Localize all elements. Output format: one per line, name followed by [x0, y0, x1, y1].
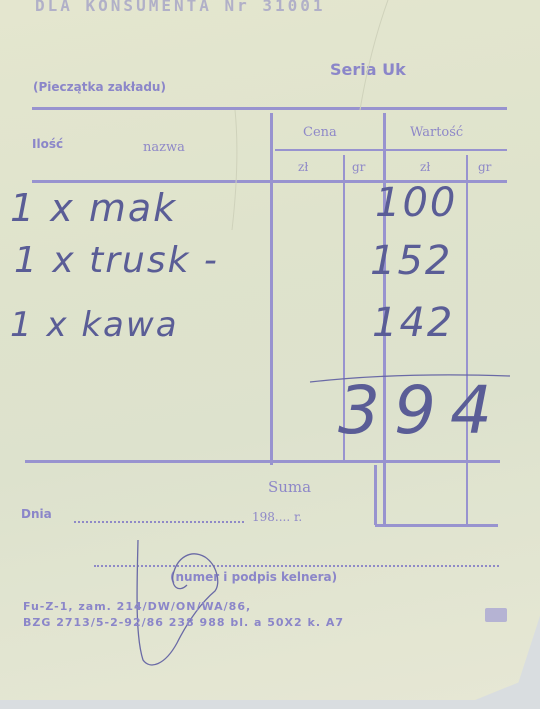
receipt-paper: DLA KONSUMENTA Nr 31001 Seria Uk (Pieczą…: [0, 0, 540, 700]
paper-crease: [0, 0, 540, 700]
